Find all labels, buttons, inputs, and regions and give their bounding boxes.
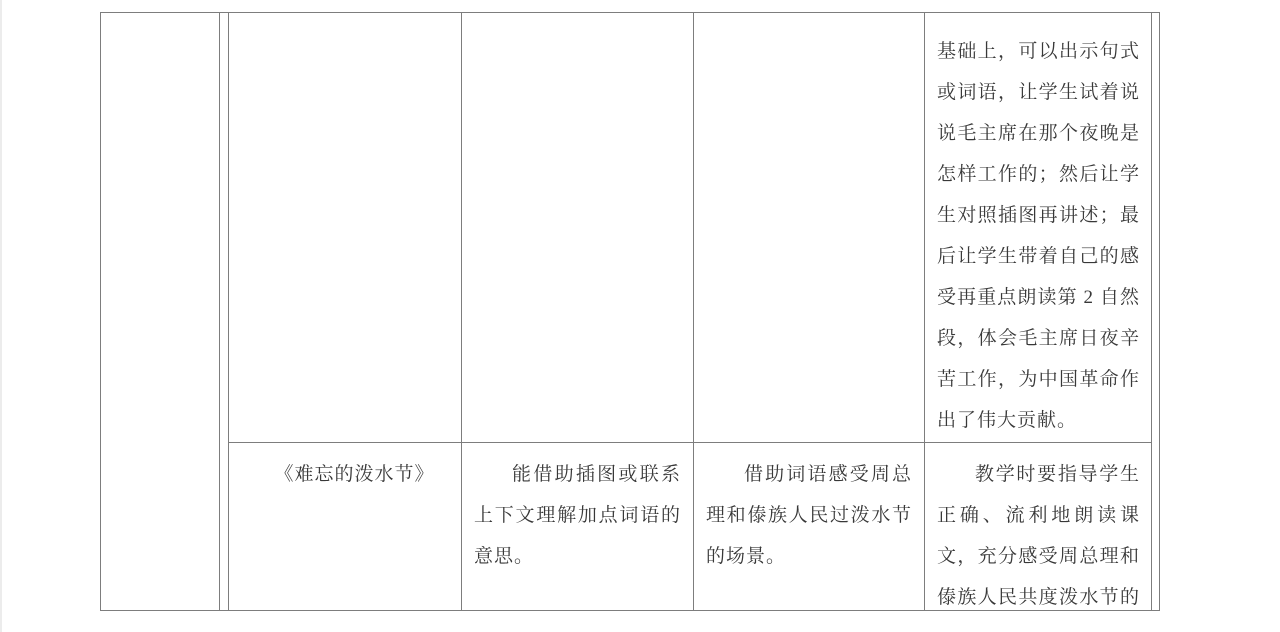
table-cell-guidance-row1: 基础上，可以出示句式或词语，让学生试着说说毛主席在那个夜晚是怎样工作的；然后让学… [925,13,1151,442]
table-vertical-line-unit-column-right [219,13,220,610]
table-cell-lesson-title-row2: 《难忘的泼水节》 [229,442,461,612]
table-vertical-line-main-grid-right [1151,13,1152,610]
lesson-plan-table: 基础上，可以出示句式或词语，让学生试着说说毛主席在那个夜晚是怎样工作的；然后让学… [100,12,1160,611]
table-cell-objective1-row2: 能借助插图或联系上下文理解加点词语的意思。 [462,442,693,612]
scan-page-edge [0,0,2,632]
table-cell-objective2-row2: 借助词语感受周总理和傣族人民过泼水节的场景。 [694,442,924,612]
table-cell-guidance-row2: 教学时要指导学生正确、流利地朗读课文，充分感受周总理和傣族人民共度泼水节的幸福 [925,442,1151,612]
